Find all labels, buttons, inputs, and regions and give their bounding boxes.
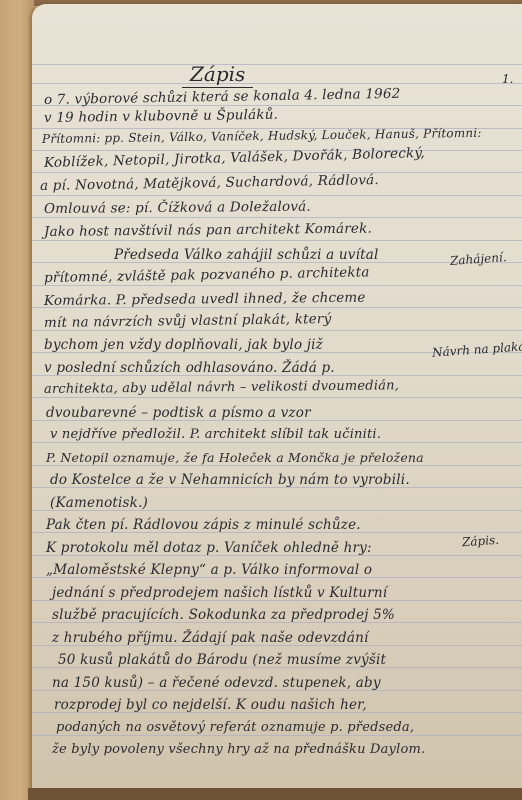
notebook-cover-edge [0, 0, 34, 800]
ruled-line [32, 442, 522, 443]
margin-note-minutes: Zápis. [462, 533, 500, 550]
text-line: Jako host navštívil nás pan architekt Ko… [44, 221, 372, 240]
document-title: Zápis [182, 62, 253, 88]
text-line: do Kostelce a že v Nehamnicích by nám to… [50, 472, 410, 488]
notebook-page: Zápis 1. o 7. výborové schůzi která se k… [32, 4, 522, 790]
ruled-line [32, 217, 522, 218]
margin-note-poster-proposal: Návrh na plakáty. [432, 338, 522, 359]
text-line: 50 kusů plakátů do Bárodu (než musíme zv… [58, 652, 386, 668]
ruled-line [32, 397, 522, 398]
text-line: a pí. Novotná, Matějková, Suchardová, Rá… [40, 172, 379, 194]
ruled-line [32, 240, 522, 241]
text-line: Koblížek, Netopil, Jirotka, Valášek, Dvo… [44, 145, 425, 171]
margin-note-opening: Zahájení. [450, 250, 507, 268]
text-line: v 19 hodin v klubovně u Špuláků. [44, 107, 278, 126]
text-line: „Maloměstské Klepny“ a p. Válko informov… [46, 562, 372, 578]
text-line: jednání s předprodejem našich lístků v K… [52, 585, 387, 601]
text-line: architekta, aby udělal návrh – velikosti… [44, 378, 399, 397]
ruled-line [32, 465, 522, 466]
ruled-line [32, 172, 522, 173]
text-line: Komárka. P. předseda uvedl ihned, že chc… [44, 290, 366, 309]
text-line: v poslední schůzích odhlasováno. Žádá p. [44, 360, 335, 376]
ruled-line [32, 64, 522, 65]
text-line: přítomné, zvláště pak pozvaného p. archi… [44, 264, 370, 286]
text-line: bychom jen vždy doplňovali, jak bylo již [44, 337, 323, 353]
text-line: mít na návrzích svůj vlastní plakát, kte… [44, 311, 332, 331]
text-line: P. Netopil oznamuje, že fa Holeček a Mon… [46, 450, 424, 465]
book-bottom-edge [28, 788, 522, 800]
ruled-line [32, 83, 522, 84]
text-line: Pak čten pí. Rádlovou zápis z minulé sch… [46, 517, 361, 533]
ruled-line [32, 735, 522, 736]
text-line: z hrubého příjmu. Žádají pak naše odevzd… [52, 630, 369, 646]
text-line: Omlouvá se: pí. Čížková a Doležalová. [44, 199, 311, 217]
text-line: na 150 kusů) – a řečené odevzd. stupenek… [52, 675, 381, 691]
text-line: dvoubarevné – podtisk a písmo a vzor [46, 405, 311, 421]
text-line: službě pracujících. Sokodunka za předpro… [52, 607, 395, 623]
text-line: K protokolu měl dotaz p. Vaníček ohledně… [46, 540, 372, 556]
ruled-line [32, 195, 522, 196]
text-line: že byly povoleny všechny hry až na předn… [52, 742, 425, 757]
text-line: v nejdříve předložil. P. architekt slíbi… [50, 427, 381, 442]
text-line: Předseda Válko zahájil schůzi a uvítal [114, 247, 379, 263]
page-number: 1. [502, 72, 513, 86]
text-line: rozprodej byl co nejdelší. K oudu našich… [54, 697, 367, 713]
text-line: podaných na osvětový referát oznamuje p.… [56, 720, 414, 735]
ruled-line [32, 285, 522, 286]
text-line: (Kamenotisk.) [50, 495, 148, 511]
